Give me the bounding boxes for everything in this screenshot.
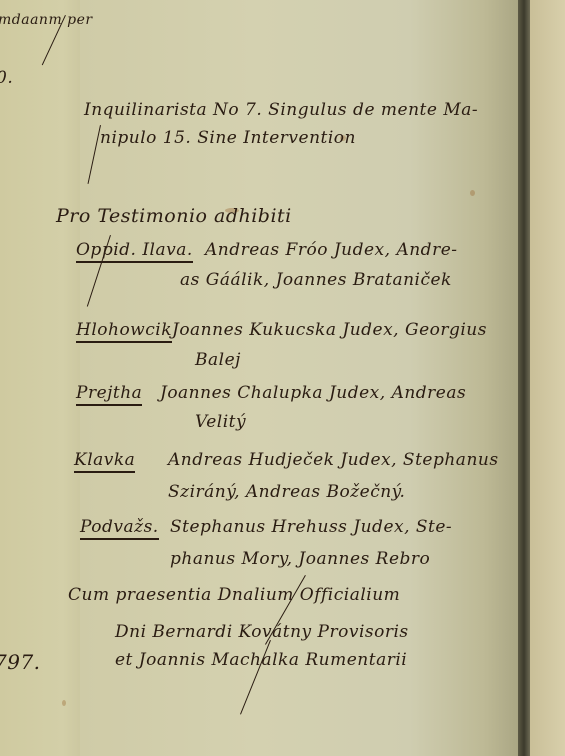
book-gutter bbox=[518, 0, 530, 756]
entry-line-2: Balej bbox=[195, 350, 241, 370]
margin-number-fragment: 0. bbox=[0, 68, 13, 88]
entry-line-1: Joannes Chalupka Judex, Andreas bbox=[160, 383, 466, 403]
section-heading: Pro Testimonio adhibiti bbox=[56, 205, 292, 227]
closing-line-1: Cum praesentia Dnalium Officialium bbox=[68, 585, 400, 605]
entry-line-2: as Gáálik, Joannes Brataniček bbox=[180, 270, 452, 290]
header-line-1: Inquilinarista No 7. Singulus de mente M… bbox=[84, 100, 478, 120]
entry-place: Hlohowcik bbox=[76, 320, 172, 340]
entry-line-2: phanus Mory, Joannes Rebro bbox=[170, 549, 430, 569]
left-page bbox=[0, 0, 90, 756]
entry-line-2: Sziráný, Andreas Božečný. bbox=[168, 482, 405, 502]
entry-line-1: Stephanus Hrehuss Judex, Ste- bbox=[170, 517, 452, 537]
entry-place: Klavka bbox=[74, 450, 135, 470]
header-line-2: nipulo 15. Sine Intervention bbox=[100, 128, 356, 148]
entry-place: Podvažs. bbox=[80, 517, 159, 537]
entry-line-2: Velitý bbox=[195, 412, 246, 432]
entry-line-1: Andreas Fróo Judex, Andre- bbox=[205, 240, 458, 260]
entry-line-1: Andreas Hudječek Judex, Stephanus bbox=[168, 450, 499, 470]
entry-place: Prejtha bbox=[76, 383, 142, 403]
stain bbox=[62, 700, 66, 706]
margin-year-fragment: 797. bbox=[0, 650, 41, 674]
entry-line-1: Joannes Kukucska Judex, Georgius bbox=[172, 320, 487, 340]
stain bbox=[470, 190, 475, 196]
margin-top-fragment: mdaanm per bbox=[0, 12, 93, 28]
closing-line-2: Dni Bernardi Kovátny Provisoris bbox=[115, 622, 409, 642]
entry-place: Oppid. Ilava. bbox=[76, 240, 193, 260]
right-page bbox=[530, 0, 565, 756]
